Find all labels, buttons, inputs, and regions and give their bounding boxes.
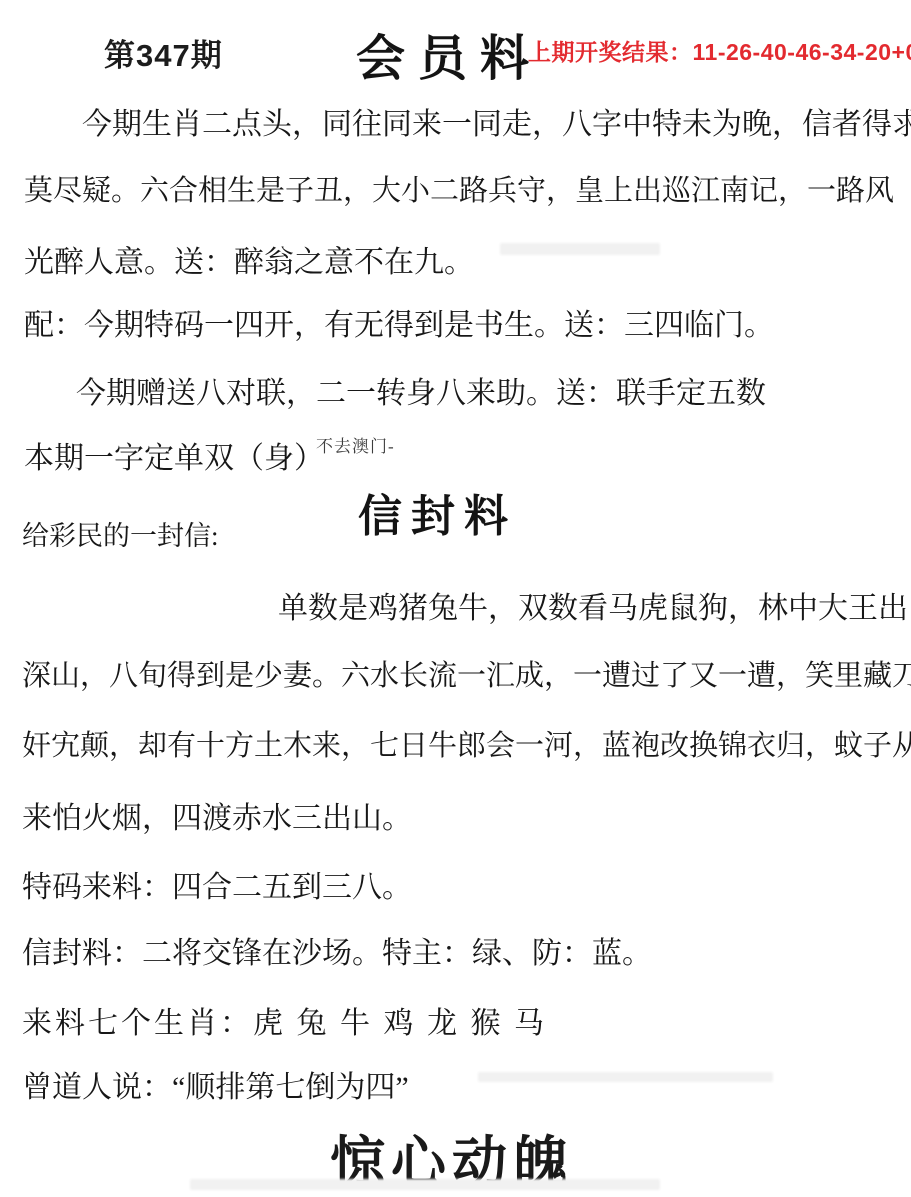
previous-result: 上期开奖结果：11-26-40-46-34-20+03 <box>528 34 911 67</box>
zodiac-line: 来料七个生肖：虎 兔 牛 鸡 龙 猴 马 <box>22 998 547 1042</box>
couplet-line: 今期赠送八对联，二一转身八来助。送：联手定五数 <box>76 368 766 412</box>
letter-line-4: 来怕火烟，四渡赤水三出山。 <box>22 793 412 837</box>
special-code-line: 特码来料：四合二五到三八。 <box>22 862 412 906</box>
tip-paragraph-line-1: 今期生肖二点头，同往同来一同走，八字中特未为晚，信者得求 <box>82 99 911 143</box>
tip-paragraph-line-2: 莫尽疑。六合相生是子丑，大小二路兵守，皇上出巡江南记，一路风 <box>24 168 894 209</box>
previous-result-label: 上期开奖结果： <box>528 39 693 65</box>
zengdaoren-line: 曾道人说：“顺排第七倒为四” <box>22 1062 409 1106</box>
previous-result-numbers: 11-26-40-46-34-20+03 <box>693 39 911 65</box>
tip-sheet-page: 第347期 会员料 上期开奖结果：11-26-40-46-34-20+03 今期… <box>0 0 911 1197</box>
danshuang-line: 本期一字定单双（身） <box>24 433 324 477</box>
issue-number: 第347期 <box>104 30 223 75</box>
letter-intro: 给彩民的一封信: <box>22 514 219 553</box>
page-title: 会员料 <box>356 20 542 90</box>
letter-line-2: 深山，八旬得到是少妻。六水长流一汇成，一遭过了又一遭，笑里藏刀 <box>22 653 911 694</box>
letter-line-3: 奸宄颠，却有十方土木来，七日牛郎会一河，蓝袍改换锦衣归，蚊子从 <box>22 723 911 764</box>
tip-paragraph-line-3: 光醉人意。送：醉翁之意不在九。 <box>24 237 474 281</box>
faint-watermark-3 <box>190 1179 660 1190</box>
pei-line: 配：今期特码一四开，有无得到是书生。送：三四临门。 <box>24 300 774 344</box>
faint-watermark-2 <box>478 1072 773 1082</box>
envelope-section-title: 信封料 <box>358 480 517 544</box>
letter-line-1: 单数是鸡猪兔牛，双数看马虎鼠狗，林中大王出 <box>278 583 908 627</box>
faint-watermark-1 <box>500 243 660 255</box>
danshuang-note: 不去澳门- <box>316 432 395 457</box>
envelope-tip-line: 信封料：二将交锋在沙场。特主：绿、防：蓝。 <box>22 928 652 972</box>
